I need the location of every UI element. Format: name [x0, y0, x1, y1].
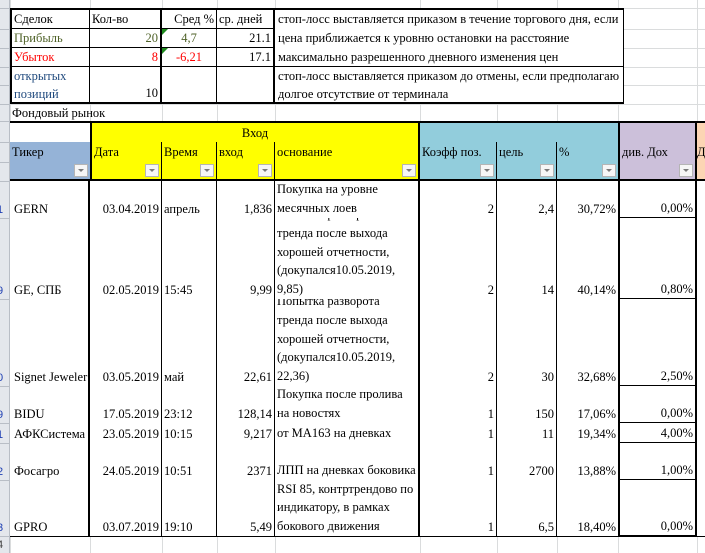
- row-number[interactable]: 1: [0, 429, 9, 441]
- summary-open-label[interactable]: открытых позиций: [10, 67, 90, 104]
- summary-loss-label[interactable]: Убыток: [10, 48, 90, 67]
- cell-date[interactable]: 03.04.2019: [90, 181, 162, 219]
- cell-reason[interactable]: RSI 85, контртрендово по индикатору, в р…: [275, 480, 420, 537]
- cell-div[interactable]: 1,00%: [618, 443, 697, 481]
- cell-entry[interactable]: 5,49: [217, 480, 275, 537]
- cell-pct[interactable]: 30,72%: [557, 181, 618, 219]
- entry-value: 5,49: [250, 518, 272, 537]
- cell-target[interactable]: 6,5: [497, 480, 557, 537]
- summary-header-avg-days[interactable]: ср. дней: [217, 8, 275, 29]
- time-value: 10:51: [164, 462, 214, 481]
- dividend-group-header[interactable]: [618, 121, 697, 142]
- cell-ticker[interactable]: Фосагро: [10, 443, 90, 481]
- filter-dropdown-icon[interactable]: [200, 164, 214, 177]
- filter-dropdown-icon[interactable]: [402, 164, 416, 177]
- target-value: 6,5: [538, 518, 554, 537]
- cell-next[interactable]: [697, 218, 705, 300]
- cell-time[interactable]: 15:45: [162, 218, 217, 300]
- cell-div[interactable]: 0,00%: [618, 480, 697, 537]
- filter-cell-coef: [420, 162, 497, 181]
- cell-time[interactable]: 23:12: [162, 386, 217, 424]
- entry-value: 1,836: [244, 200, 272, 219]
- pct-value: 18,40%: [577, 518, 616, 537]
- cell-coef[interactable]: 1: [420, 480, 497, 537]
- cell-ticker[interactable]: GERN: [10, 181, 90, 219]
- cell-time[interactable]: 19:10: [162, 480, 217, 537]
- entry-value: 22,61: [244, 368, 272, 387]
- div-value: 0,00%: [661, 517, 693, 536]
- cell-next[interactable]: [697, 299, 705, 387]
- cell-reason[interactable]: Попытка разворота тренда после выхода хо…: [275, 218, 420, 300]
- stop-loss-note-gtc[interactable]: стоп-лосс выставляется приказом до отмен…: [275, 67, 624, 104]
- target-value: 14: [542, 281, 555, 300]
- cell-pct[interactable]: 18,40%: [557, 480, 618, 537]
- ticker-value: GE, СПБ: [12, 281, 86, 300]
- cell-coef[interactable]: 2: [420, 299, 497, 387]
- row-separator: [0, 142, 9, 143]
- cell-reason[interactable]: Покупка после пролива на новостях: [275, 386, 420, 424]
- cell-next[interactable]: [697, 480, 705, 537]
- summary-header-deals[interactable]: Сделок: [10, 8, 90, 29]
- row-separator: [0, 386, 9, 387]
- row-separator: [0, 181, 9, 182]
- cell-time[interactable]: май: [162, 299, 217, 387]
- cell-target[interactable]: 30: [497, 299, 557, 387]
- ticker-value: GPRO: [12, 518, 86, 537]
- pct-value: 17,06%: [577, 405, 616, 424]
- row-number[interactable]: 0: [0, 372, 9, 384]
- pct-value: 40,14%: [577, 281, 616, 300]
- cell-reason[interactable]: Покупка на уровне месячных лоев: [275, 181, 420, 219]
- row-separator: [0, 162, 9, 163]
- time-value: 19:10: [164, 518, 214, 537]
- reason-value: Покупка на уровне месячных лоев: [277, 181, 416, 218]
- date-value: 03.07.2019: [103, 518, 159, 537]
- row-header-column: 19091234: [0, 0, 10, 553]
- coef-value: 2: [488, 281, 494, 300]
- summary-open-count-value: 10: [146, 84, 159, 102]
- cell-date[interactable]: 03.05.2019: [90, 299, 162, 387]
- coef-value: 1: [488, 518, 494, 537]
- target-value: 2700: [529, 462, 554, 481]
- row-separator: [0, 121, 9, 122]
- summary-loss-count[interactable]: 8: [90, 48, 162, 67]
- summary-header-avg-pct[interactable]: Сред %: [162, 8, 217, 29]
- filter-cell-entry: [217, 162, 275, 181]
- filter-dropdown-icon[interactable]: [602, 164, 616, 177]
- row-number[interactable]: 9: [0, 409, 9, 421]
- filter-cell-reason: [275, 162, 420, 181]
- cell-entry[interactable]: 2371: [217, 443, 275, 481]
- pct-value: 13,88%: [577, 462, 616, 481]
- row-separator: [0, 480, 9, 481]
- coef-value: 2: [488, 368, 494, 387]
- reason-value: от МА163 на дневках: [277, 424, 416, 443]
- cell-target[interactable]: 11: [497, 423, 557, 444]
- filter-cell-date: [90, 162, 162, 181]
- target-value: 11: [542, 425, 554, 444]
- cell-ticker[interactable]: Signet Jeweler: [10, 299, 90, 387]
- row-separator: [0, 218, 9, 219]
- reason-value: ЛПП на дневках боковика: [277, 461, 416, 480]
- row-separator: [0, 423, 9, 424]
- column-header-reason[interactable]: основание: [275, 142, 420, 162]
- column-header-target[interactable]: цель: [497, 142, 557, 162]
- target-value: 2,4: [538, 200, 554, 219]
- ticker-value: Signet Jeweler: [12, 368, 86, 387]
- div-value: 0,00%: [661, 199, 693, 218]
- cell-entry[interactable]: 128,14: [217, 386, 275, 424]
- cell-next[interactable]: [697, 181, 705, 219]
- filter-dropdown-icon[interactable]: [74, 164, 88, 177]
- cell-target[interactable]: 2,4: [497, 181, 557, 219]
- ticker-value: Фосагро: [12, 462, 86, 481]
- ticker-value: GERN: [12, 200, 86, 219]
- filter-cell-div: [618, 162, 697, 181]
- summary-profit-avg-pct[interactable]: 4,7: [162, 29, 217, 48]
- summary-profit-avg-days[interactable]: 21.1: [217, 29, 275, 48]
- cell-entry[interactable]: 9,99: [217, 218, 275, 300]
- filter-dropdown-icon[interactable]: [258, 164, 272, 177]
- row-separator: [0, 48, 9, 49]
- summary-open-avg-pct[interactable]: [162, 67, 217, 104]
- summary-header-count[interactable]: Кол-во: [90, 8, 162, 29]
- cell-coef[interactable]: 1: [420, 443, 497, 481]
- filter-dropdown-icon[interactable]: [480, 164, 494, 177]
- cell-reason[interactable]: от МА163 на дневках: [275, 423, 420, 444]
- summary-profit-label[interactable]: Прибыль: [10, 29, 90, 48]
- cell-ticker[interactable]: BIDU: [10, 386, 90, 424]
- cell-div[interactable]: 2,50%: [618, 299, 697, 387]
- cell-target[interactable]: 150: [497, 386, 557, 424]
- summary-loss-avg-pct[interactable]: -6,21: [162, 48, 217, 67]
- date-value: 17.05.2019: [103, 405, 159, 424]
- column-header-entry[interactable]: вход: [217, 142, 275, 162]
- cell-target[interactable]: 2700: [497, 443, 557, 481]
- column-header-date[interactable]: Дата: [90, 142, 162, 162]
- cell-date[interactable]: 02.05.2019: [90, 218, 162, 300]
- cell-reason[interactable]: Попытка разворота тренда после выхода хо…: [275, 299, 420, 387]
- pct-value: 19,34%: [577, 425, 616, 444]
- div-value: 2,50%: [661, 367, 693, 386]
- time-value: май: [164, 368, 214, 387]
- summary-loss-avg-days[interactable]: 17.1: [217, 48, 275, 67]
- cell-next[interactable]: [697, 386, 705, 424]
- div-value: 1,00%: [661, 461, 693, 480]
- coef-value: 1: [488, 425, 494, 444]
- cell-entry[interactable]: 22,61: [217, 299, 275, 387]
- cell-time[interactable]: 10:15: [162, 423, 217, 444]
- row-number[interactable]: 3: [0, 522, 9, 534]
- coef-value: 2: [488, 200, 494, 219]
- pct-value: 30,72%: [577, 200, 616, 219]
- entry-value: 9,99: [250, 281, 272, 300]
- cell-date[interactable]: 17.05.2019: [90, 386, 162, 424]
- time-value: 23:12: [164, 405, 214, 424]
- cell-date[interactable]: 24.05.2019: [90, 443, 162, 481]
- cell-entry[interactable]: 1,836: [217, 181, 275, 219]
- row-separator: [0, 443, 9, 444]
- row-separator: [0, 29, 9, 30]
- row-separator: [0, 85, 9, 86]
- cell-pct[interactable]: 19,34%: [557, 423, 618, 444]
- cell-div[interactable]: 0,00%: [618, 386, 697, 424]
- filter-cell-pct: [557, 162, 618, 181]
- column-header-next[interactable]: Д: [697, 142, 705, 162]
- cell-coef[interactable]: 2: [420, 218, 497, 300]
- cell-date[interactable]: 03.07.2019: [90, 480, 162, 537]
- cell-ticker[interactable]: GE, СПБ: [10, 218, 90, 300]
- summary-open-count[interactable]: 10: [90, 67, 162, 104]
- entry-value: 2371: [247, 462, 272, 481]
- row-number[interactable]: 1: [0, 204, 9, 216]
- cell-next[interactable]: [697, 443, 705, 481]
- cell-pct[interactable]: 17,06%: [557, 386, 618, 424]
- filter-dropdown-icon[interactable]: [679, 164, 693, 177]
- row-separator: [0, 536, 9, 537]
- reason-value: RSI 85, контртрендово по индикатору, в р…: [277, 480, 416, 536]
- cell-next[interactable]: [697, 423, 705, 444]
- entry-value: 128,14: [238, 405, 272, 424]
- date-value: 24.05.2019: [103, 462, 159, 481]
- summary-profit-count[interactable]: 20: [90, 29, 162, 48]
- date-value: 03.04.2019: [103, 200, 159, 219]
- reason-value: Покупка после пролива на новостях: [277, 386, 416, 423]
- row-separator: [0, 67, 9, 68]
- next-group-header[interactable]: [697, 121, 705, 142]
- column-header-ticker[interactable]: Тикер: [10, 142, 90, 162]
- cell-coef[interactable]: 1: [420, 423, 497, 444]
- filter-cell-next: [697, 162, 705, 181]
- reason-value: Попытка разворота тренда после выхода хо…: [277, 299, 416, 386]
- section-title[interactable]: Фондовый рынок: [10, 104, 160, 122]
- row-separator: [0, 104, 9, 105]
- row-separator: [0, 8, 9, 9]
- time-value: апрель: [164, 200, 214, 219]
- cell-ticker[interactable]: GPRO: [10, 480, 90, 537]
- summary-open-avg-days[interactable]: [217, 67, 275, 104]
- time-value: 10:15: [164, 425, 214, 444]
- column-header-div[interactable]: див. Дох: [618, 142, 697, 162]
- target-value: 150: [535, 405, 554, 424]
- cell-coef[interactable]: 1: [420, 386, 497, 424]
- filter-dropdown-icon[interactable]: [145, 164, 159, 177]
- date-value: 03.05.2019: [103, 368, 159, 387]
- cell-time[interactable]: 10:51: [162, 443, 217, 481]
- row-number[interactable]: 2: [0, 466, 9, 478]
- ticker-group-cell[interactable]: [10, 121, 90, 142]
- row-number[interactable]: 9: [0, 285, 9, 297]
- cell-ticker[interactable]: АФКСистема: [10, 423, 90, 444]
- date-value: 02.05.2019: [103, 281, 159, 300]
- comment-indicator-icon: [162, 29, 168, 35]
- div-value: 0,80%: [661, 280, 693, 299]
- row-number[interactable]: 4: [0, 539, 9, 551]
- pct-value: 32,68%: [577, 368, 616, 387]
- cell-pct[interactable]: 32,68%: [557, 299, 618, 387]
- cell-reason[interactable]: ЛПП на дневках боковика: [275, 443, 420, 481]
- entry-group-header[interactable]: Вход: [90, 121, 420, 142]
- ticker-value: АФКСистема: [12, 425, 86, 444]
- cell-div[interactable]: 4,00%: [618, 423, 697, 444]
- div-value: 0,00%: [661, 404, 693, 423]
- column-header-coef[interactable]: Коэфф поз.: [420, 142, 497, 162]
- column-header-time[interactable]: Время: [162, 142, 217, 162]
- cell-target[interactable]: 14: [497, 218, 557, 300]
- column-header-pct[interactable]: %: [557, 142, 618, 162]
- cell-pct[interactable]: 13,88%: [557, 443, 618, 481]
- filter-cell-time: [162, 162, 217, 181]
- filter-dropdown-icon[interactable]: [540, 164, 554, 177]
- coef-value: 1: [488, 405, 494, 424]
- target-group-header[interactable]: [420, 121, 618, 142]
- stop-loss-note-intraday[interactable]: стоп-лосс выставляется приказом в течени…: [275, 8, 624, 67]
- comment-indicator-icon: [162, 48, 168, 54]
- reason-value: Попытка разворота тренда после выхода хо…: [277, 218, 416, 299]
- cell-coef[interactable]: 2: [420, 181, 497, 219]
- cell-date[interactable]: 23.05.2019: [90, 423, 162, 444]
- cell-pct[interactable]: 40,14%: [557, 218, 618, 300]
- filter-cell-target: [497, 162, 557, 181]
- div-value: 4,00%: [661, 424, 693, 443]
- coef-value: 1: [488, 462, 494, 481]
- date-value: 23.05.2019: [103, 425, 159, 444]
- time-value: 15:45: [164, 281, 214, 300]
- entry-value: 9,217: [244, 425, 272, 444]
- cell-div[interactable]: 0,80%: [618, 218, 697, 300]
- filter-cell-ticker: [10, 162, 90, 181]
- row-separator: [0, 299, 9, 300]
- cell-div[interactable]: 0,00%: [618, 181, 697, 219]
- ticker-value: BIDU: [12, 405, 86, 424]
- cell-entry[interactable]: 9,217: [217, 423, 275, 444]
- target-value: 30: [542, 368, 555, 387]
- cell-time[interactable]: апрель: [162, 181, 217, 219]
